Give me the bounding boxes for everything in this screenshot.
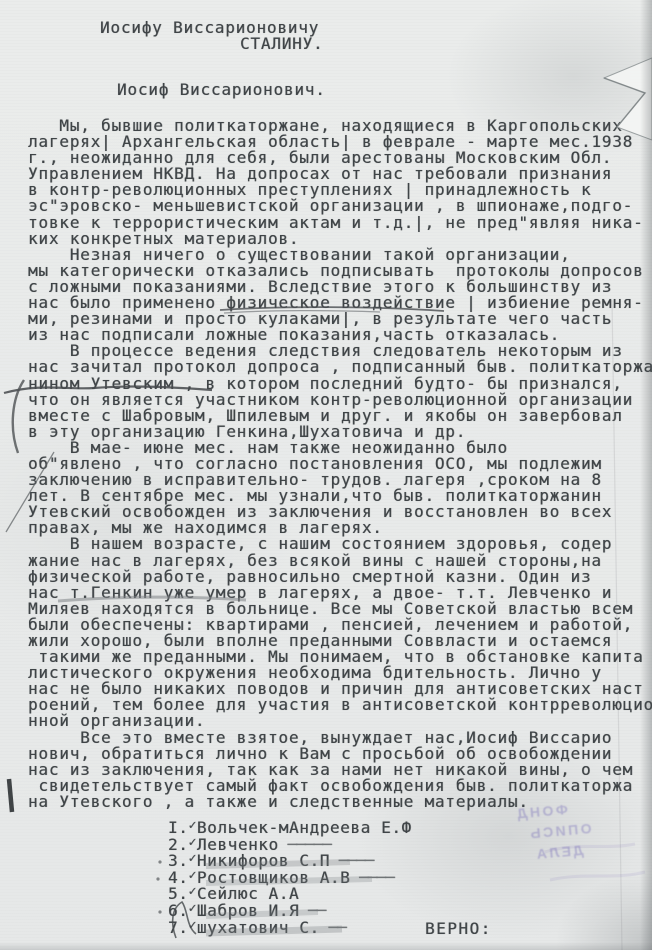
- scanned-letter-page: Иосифу Виссарионовичу СТАЛИНУ. Иосиф Вис…: [0, 0, 652, 950]
- checkmark-icon: ✓: [188, 884, 196, 901]
- dot-mark: [156, 877, 159, 880]
- checkmark-icon: ✓: [188, 918, 196, 935]
- scan-edge-right-shadow: [640, 0, 652, 950]
- salutation-line: Иосиф Виссарионович.: [117, 80, 326, 99]
- scan-edge-bottom-shadow: [0, 942, 652, 950]
- certification-label: ВЕРНО:: [425, 919, 492, 938]
- handwritten-dash: ────: [350, 868, 393, 887]
- dot-mark: [158, 860, 161, 863]
- signature-row: 7.✓шухатович С. ──: [168, 920, 412, 937]
- signature-list: I.✓Вольчек-мАндреева Е.Ф2.✓Левченко ────…: [168, 820, 412, 936]
- recipient-line-2: СТАЛИНУ.: [240, 34, 323, 53]
- dot-mark: [158, 910, 161, 913]
- checkmark-icon: ✓: [188, 818, 196, 835]
- signature-number: 7.: [168, 918, 188, 937]
- checkmark-icon: ✓: [188, 835, 196, 852]
- signature-name: шухатович С.: [197, 918, 320, 937]
- handwritten-dash: ──: [320, 918, 346, 937]
- checkmark-icon: ✓: [188, 851, 196, 868]
- letter-body: Мы, бывшие политкаторжане, находящиеся в…: [28, 118, 652, 810]
- checkmark-icon: ✓: [188, 901, 196, 918]
- checkmark-icon: ✓: [188, 868, 196, 885]
- handwritten-dash: ─────: [279, 835, 331, 854]
- margin-bracket-mark: [13, 380, 24, 453]
- stamp-bleedthrough: ФОНДОПИСЬДЕЛА: [430, 799, 595, 876]
- margin-bold-stroke: [9, 779, 12, 812]
